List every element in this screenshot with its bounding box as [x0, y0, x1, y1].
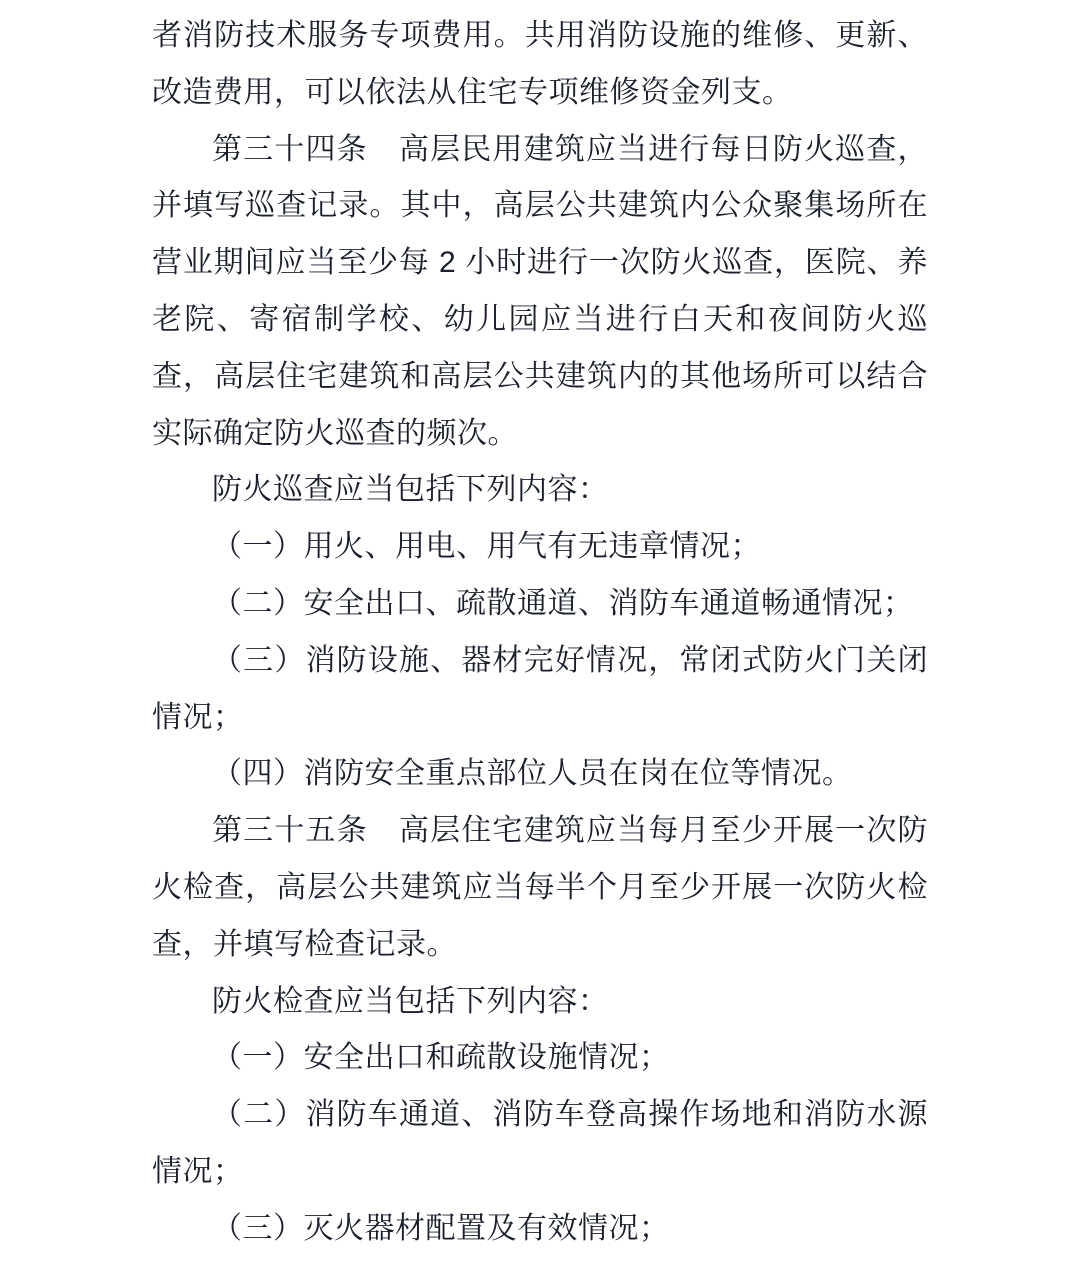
paragraph-patrol-item-3: （三）消防设施、器材完好情况，常闭式防火门关闭情况；: [152, 633, 928, 747]
paragraph-article-35: 第三十五条 高层住宅建筑应当每月至少开展一次防火检查，高层公共建筑应当每半个月至…: [152, 803, 928, 973]
paragraph-inspection-intro: 防火检查应当包括下列内容：: [152, 974, 928, 1031]
paragraph-article-34: 第三十四条 高层民用建筑应当进行每日防火巡查，并填写巡查记录。其中，高层公共建筑…: [152, 122, 928, 463]
paragraph-continuation: 者消防技术服务专项费用。共用消防设施的维修、更新、改造费用，可以依法从住宅专项维…: [152, 8, 928, 122]
document-page: 者消防技术服务专项费用。共用消防设施的维修、更新、改造费用，可以依法从住宅专项维…: [0, 0, 1078, 1267]
paragraph-patrol-item-4: （四）消防安全重点部位人员在岗在位等情况。: [152, 746, 928, 803]
paragraph-patrol-item-1: （一）用火、用电、用气有无违章情况；: [152, 519, 928, 576]
paragraph-inspection-item-1: （一）安全出口和疏散设施情况；: [152, 1030, 928, 1087]
paragraph-patrol-intro: 防火巡查应当包括下列内容：: [152, 462, 928, 519]
paragraph-inspection-item-3: （三）灭火器材配置及有效情况；: [152, 1201, 928, 1258]
paragraph-inspection-item-2: （二）消防车通道、消防车登高操作场地和消防水源情况；: [152, 1087, 928, 1201]
paragraph-patrol-item-2: （二）安全出口、疏散通道、消防车通道畅通情况；: [152, 576, 928, 633]
